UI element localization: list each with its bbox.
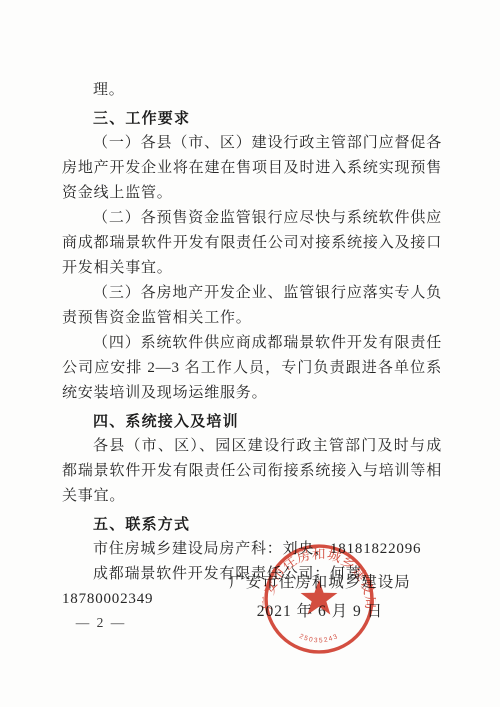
document-body: 理。 三、工作要求 （一）各县（市、区）建设行政主管部门应督促各房地产开发企业将… — [0, 0, 500, 612]
carryover-line: 理。 — [62, 78, 442, 103]
scanned-document-page: 理。 三、工作要求 （一）各县（市、区）建设行政主管部门应督促各房地产开发企业将… — [0, 0, 500, 707]
system-access-body: 各县（市、区）、园区建设行政主管部门及时与成都瑞景软件开发有限责任公司衔接系统接… — [62, 434, 442, 509]
work-item-2: （二）各预售资金监管银行应尽快与系统软件供应商成都瑞景软件开发有限责任公司对接系… — [62, 206, 442, 281]
contact-line-bureau: 市住房城乡建设局房产科：刘央，18181822096 — [62, 537, 442, 562]
work-item-1: （一）各县（市、区）建设行政主管部门应督促各房地产开发企业将在建在售项目及时进入… — [62, 131, 442, 206]
official-seal: 广安市住房和城乡建设局 25035243 — [262, 542, 376, 656]
svg-text:25035243: 25035243 — [298, 633, 340, 645]
seal-star-icon — [301, 580, 338, 615]
heading-contact-info: 五、联系方式 — [62, 512, 442, 537]
seal-graphic: 广安市住房和城乡建设局 25035243 — [262, 542, 376, 656]
work-item-4: （四）系统软件供应商成都瑞景软件开发有限责任公司应安排 2—3 名工作人员，专门… — [62, 331, 442, 406]
page-number: — 2 — — [56, 615, 146, 631]
heading-system-access: 四、系统接入及培训 — [62, 409, 442, 434]
work-item-3: （三）各房地产开发企业、监管银行应落实专人负责预售资金监管相关工作。 — [62, 281, 442, 331]
heading-work-requirements: 三、工作要求 — [62, 106, 442, 131]
seal-code: 25035243 — [298, 633, 340, 645]
